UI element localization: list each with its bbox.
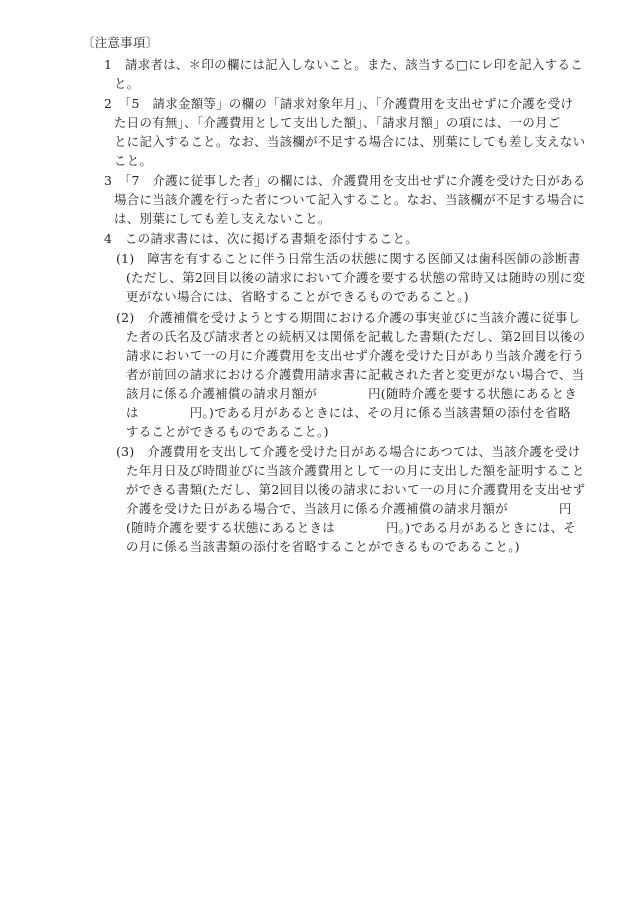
note-line: (ただし、第2回目以後の請求において介護を要する状態の常時又は随時の別に変 xyxy=(126,268,585,287)
note-line: た日の有無」、「介護費用として支出した額」、「請求月額」の項には、一の月ご xyxy=(114,113,561,132)
note-line: (随時介護を要する状態にあるときは 円。)である月があるときには、そ xyxy=(126,518,576,537)
document-page: 〔注意事項〕 1 請求者は、＊印の欄には記入しないこと。また、該当する□にレ印を… xyxy=(0,0,630,903)
note-line: (2) 介護補償を受けようとする期間における介護の事実並びに当該介護に従事し xyxy=(116,308,581,327)
note-line: と。 xyxy=(114,74,139,93)
note-line: こと。 xyxy=(114,151,152,170)
note-line: 更がない場合には、省略することができるものであること。) xyxy=(126,287,469,306)
note-line: ができる書類(ただし、第2回目以後の請求において一の月に介護費用を支出せず xyxy=(126,480,585,499)
note-line: 4 この請求書には、次に掲げる書類を添付すること。 xyxy=(104,229,418,248)
notes-heading: 〔注意事項〕 xyxy=(82,33,158,52)
note-line: た年月日及び時間並びに当該介護費用として一の月に支出した額を証明すること xyxy=(126,461,585,480)
note-line: (1) 障害を有することに伴う日常生活の状態に関する医師又は歯科医師の診断書 xyxy=(116,249,581,268)
note-line: 2 「5 請求金額等」の欄の「請求対象年月」、「介護費用を支出せずに介護を受け xyxy=(104,94,573,113)
note-line: 場合に当該介護を行った者について記入すること。なお、当該欄が不足する場合に xyxy=(114,190,585,209)
note-line: 請求において一の月に介護費用を支出せず介護を受けた日があり当該介護を行う xyxy=(126,346,585,365)
note-line: の月に係る当該書類の添付を省略することができるものであること。) xyxy=(126,537,520,556)
note-line: た者の氏名及び請求者との続柄又は関係を記載した書類(ただし、第2回目以後の xyxy=(126,327,585,346)
note-line: 1 請求者は、＊印の欄には記入しないこと。また、該当する□にレ印を記入するこ xyxy=(104,55,583,74)
note-line: 介護を受けた日がある場合で、当該月に係る介護補償の請求月額が 円 xyxy=(126,499,572,518)
note-line: (3) 介護費用を支出して介護を受けた日がある場合にあつては、当該介護を受け xyxy=(116,442,581,461)
note-line: することができるものであること。) xyxy=(126,422,329,441)
note-line: 該月に係る介護補償の請求月額が 円(随時介護を要する状態にあるとき xyxy=(126,384,577,403)
note-line: は 円。)である月があるときには、その月に係る当該書類の添付を省略 xyxy=(126,403,571,422)
note-line: 3 「7 介護に従事した者」の欄には、介護費用を支出せずに介護を受けた日がある xyxy=(104,171,586,190)
note-line: 者が前回の請求における介護費用請求書に記載された者と変更がない場合で、当 xyxy=(126,365,584,384)
note-line: は、別葉にしても差し支えないこと。 xyxy=(114,209,331,228)
note-line: とに記入すること。なお、当該欄が不足する場合には、別葉にしても差し支えない xyxy=(114,132,585,151)
